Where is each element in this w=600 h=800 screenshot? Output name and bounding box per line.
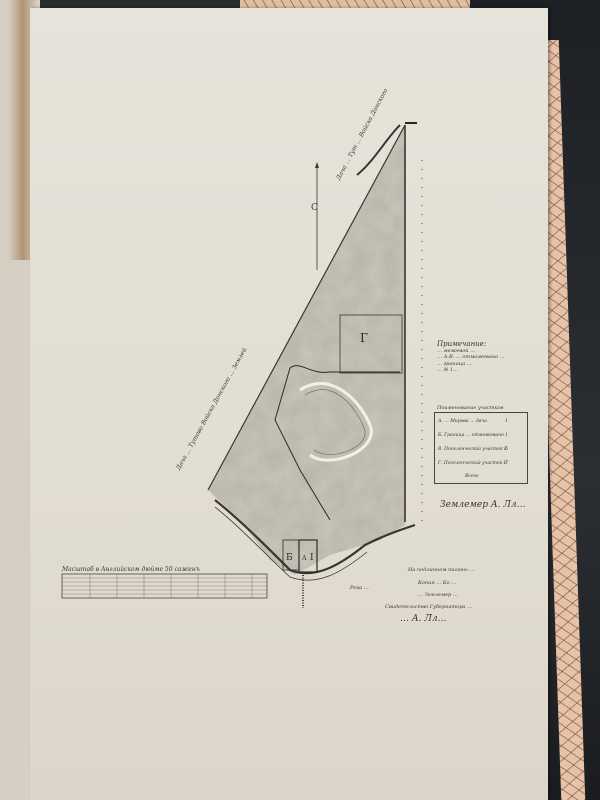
- scale-title: Масштаб в Английском дюйме 50 саженъ: [62, 566, 200, 573]
- bottom-note: Копия … Ко …: [418, 580, 456, 586]
- bottom-note: … Землемер …: [418, 592, 458, 598]
- svg-text:Б: Б: [286, 553, 293, 563]
- table-row: В. Поселенческий участок Г6: [435, 444, 527, 455]
- scale-bar: [62, 574, 267, 598]
- explanation-line: … А.В. … отмежевано …: [437, 354, 505, 361]
- explanation-line: … № 1…: [437, 367, 505, 374]
- bottom-note: Свидетельство Губернатора …: [385, 604, 472, 610]
- table-row: А. … Мирова … дача1: [435, 416, 527, 427]
- survey-map: Г Б А I С: [30, 8, 548, 800]
- surveyor-signature: Землемер А. Лл…: [440, 500, 526, 510]
- table-row: Б. Граница … отмежевано1: [435, 430, 527, 441]
- bottom-note: На подлинном писано: …: [408, 567, 475, 573]
- svg-text:А: А: [302, 555, 307, 562]
- svg-text:I: I: [310, 553, 314, 563]
- area-table: Поименование участков А. … Мирова … дача…: [434, 412, 528, 484]
- certification-signature: … А. Лл…: [400, 614, 447, 624]
- map-page: Г Б А I С: [30, 8, 548, 800]
- area-table-title: Поименование участков: [437, 405, 503, 411]
- table-total: Всего: [435, 471, 527, 482]
- table-row: Г. Поселенческий участок Б7: [435, 458, 527, 469]
- river-label: Река …: [350, 585, 369, 591]
- svg-text:С: С: [311, 203, 318, 213]
- explanation-note: Примечание: … межевой … … А.В. … отмежев…: [437, 341, 505, 374]
- parcel-g-label: Г: [360, 331, 368, 345]
